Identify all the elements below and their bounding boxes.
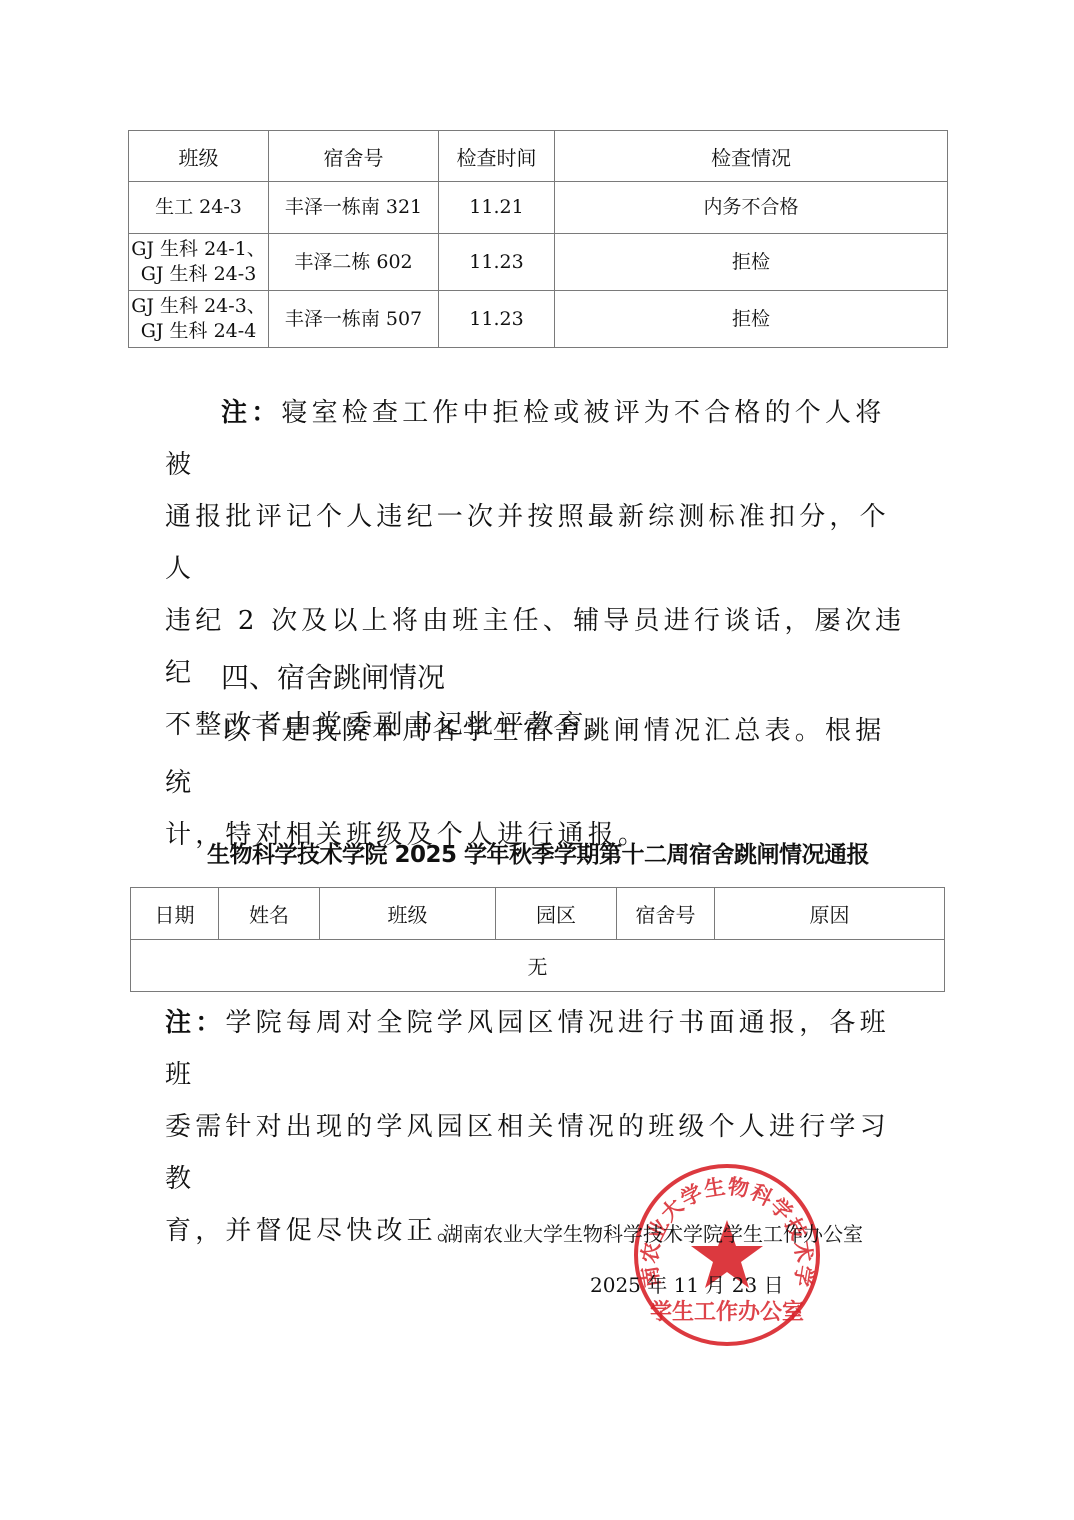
class-line: GJ 生科 24-3、 bbox=[129, 294, 268, 319]
inspection-table: 班级 宿舍号 检查时间 检查情况 生工 24-3 丰泽一栋南 321 11.21… bbox=[128, 130, 948, 348]
cell-time: 11.21 bbox=[439, 182, 555, 234]
table-row: GJ 生科 24-1、GJ 生科 24-3 丰泽二栋 602 11.23 拒检 bbox=[129, 234, 948, 291]
header-park: 园区 bbox=[496, 888, 617, 940]
empty-cell: 无 bbox=[131, 940, 945, 992]
table-row: GJ 生科 24-3、GJ 生科 24-4 丰泽一栋南 507 11.23 拒检 bbox=[129, 291, 948, 348]
header-dorm: 宿舍号 bbox=[617, 888, 715, 940]
cell-dorm: 丰泽二栋 602 bbox=[269, 234, 439, 291]
note-inspection: 注：寝室检查工作中拒检或被评为不合格的个人将被 通报批评记个人违纪一次并按照最新… bbox=[165, 387, 915, 751]
table-row: 生工 24-3 丰泽一栋南 321 11.21 内务不合格 bbox=[129, 182, 948, 234]
signature-office: 湖南农业大学生物科学技术学院学生工作办公室 bbox=[443, 1218, 863, 1247]
note-text: 通报批评记个人违纪一次并按照最新综测标准扣分，个人 bbox=[165, 491, 915, 595]
cell-result: 内务不合格 bbox=[555, 182, 948, 234]
table-row: 无 bbox=[131, 940, 945, 992]
class-line: GJ 生科 24-3 bbox=[129, 262, 268, 287]
class-line: GJ 生科 24-4 bbox=[129, 319, 268, 344]
cell-class: GJ 生科 24-1、GJ 生科 24-3 bbox=[129, 234, 269, 291]
cell-dorm: 丰泽一栋南 321 bbox=[269, 182, 439, 234]
cell-class: 生工 24-3 bbox=[129, 182, 269, 234]
note-label: 注： bbox=[165, 1008, 225, 1038]
cell-result: 拒检 bbox=[555, 291, 948, 348]
header-result: 检查情况 bbox=[555, 131, 948, 182]
cell-class: GJ 生科 24-3、GJ 生科 24-4 bbox=[129, 291, 269, 348]
header-class: 班级 bbox=[320, 888, 496, 940]
note-text: 学院每周对全院学风园区情况进行书面通报，各班班 bbox=[165, 1008, 890, 1090]
official-seal: 湖南农业大学生物科学技术学院 学生工作办公室 bbox=[632, 1162, 822, 1348]
note-label: 注： bbox=[221, 398, 281, 428]
cell-time: 11.23 bbox=[439, 291, 555, 348]
trip-table: 日期 姓名 班级 园区 宿舍号 原因 无 bbox=[130, 887, 945, 992]
header-date: 日期 bbox=[131, 888, 219, 940]
cell-time: 11.23 bbox=[439, 234, 555, 291]
table-title: 生物科学技术学院 2025 学年秋季学期第十二周宿舍跳闸情况通报 bbox=[128, 836, 948, 869]
cell-dorm: 丰泽一栋南 507 bbox=[269, 291, 439, 348]
intro-text: 以下是我院本周各学生宿舍跳闸情况汇总表。根据统 bbox=[165, 705, 915, 809]
table-header-row: 班级 宿舍号 检查时间 检查情况 bbox=[129, 131, 948, 182]
table-header-row: 日期 姓名 班级 园区 宿舍号 原因 bbox=[131, 888, 945, 940]
header-name: 姓名 bbox=[219, 888, 320, 940]
header-time: 检查时间 bbox=[439, 131, 555, 182]
signature-date: 2025 年 11 月 23 日 bbox=[590, 1269, 784, 1298]
header-dorm: 宿舍号 bbox=[269, 131, 439, 182]
class-line: GJ 生科 24-1、 bbox=[129, 237, 268, 262]
header-class: 班级 bbox=[129, 131, 269, 182]
cell-result: 拒检 bbox=[555, 234, 948, 291]
section-heading: 四、宿舍跳闸情况 bbox=[221, 656, 445, 696]
header-reason: 原因 bbox=[715, 888, 945, 940]
svg-text:学生工作办公室: 学生工作办公室 bbox=[650, 1299, 804, 1325]
